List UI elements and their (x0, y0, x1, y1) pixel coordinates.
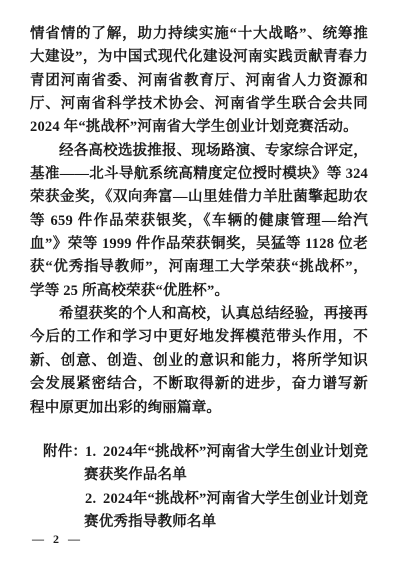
attachment-item-text: 赛优秀指导教师名单 (84, 514, 216, 530)
body-line-p1-l3: 青团河南省委、河南省教育厅、河南省人力资源和社会保障 (30, 70, 368, 93)
attachment-item-1-line-2: 赛获奖作品名单 (43, 464, 373, 487)
body-line-p1-l5: 2024 年“挑战杯”河南省大学生创业计划竞赛活动。 (30, 116, 368, 139)
attachment-list: 附件：1.2024年“挑战杯”河南省大学生创业计划竞赛获奖作品名单2.2024年… (43, 441, 373, 534)
body-line-p3-l5: 程中原更加出彩的绚丽篇章。 (30, 397, 368, 420)
body-line-p3-l3: 新、创意、创造、创业的意识和能力，将所学知识与经济社 (30, 350, 368, 373)
body-line-p2-l1: 经各高校选拔推报、现场路演、专家综合评定，《时空 (30, 140, 368, 163)
body-line-p2-l6: 获“优秀指导教师”，河南理工大学荣获“挑战杯”，郑州大 (30, 256, 368, 279)
attachment-item-number: 1. (85, 441, 100, 464)
page-number: — 2 — (32, 532, 83, 546)
body-line-p1-l1: 情省情的了解，助力持续实施“十大战略”、统筹推进“十 (30, 23, 368, 46)
attachment-item-2-line-1: 2.2024年“挑战杯”河南省大学生创业计划竞 (43, 488, 373, 511)
body-line-p3-l1: 希望获奖的个人和高校，认真总结经验，再接再厉，在 (30, 303, 368, 326)
body-line-p1-l4: 厅、河南省科学技术协会、河南省学生联合会共同举办了 (30, 93, 368, 116)
body-line-p2-l5: 血”》荣等 1999 件作品荣获铜奖，吴猛等 1128 位老师荣 (30, 233, 368, 256)
page-footer: — 2 — (32, 532, 83, 547)
attachment-item-text: 赛获奖作品名单 (84, 467, 187, 483)
attachment-label: 附件： (43, 441, 85, 464)
attachment-item-text: 2024年“挑战杯”河南省大学生创业计划竞 (103, 444, 368, 460)
document-body: 情省情的了解，助力持续实施“十大战略”、统筹推进“十大建设”，为中国式现代化建设… (30, 23, 368, 420)
document-page: 情省情的了解，助力持续实施“十大战略”、统筹推进“十大建设”，为中国式现代化建设… (0, 0, 396, 563)
attachment-item-number: 2. (85, 488, 100, 511)
attachment-item-text: 2024年“挑战杯”河南省大学生创业计划竞 (103, 491, 368, 507)
body-line-p2-l3: 荣获金奖，《双向奔富—山里娃借力羊肚菌擎起助农新天地》 (30, 186, 368, 209)
attachment-item-2-line-2: 赛优秀指导教师名单 (43, 511, 373, 534)
body-line-p3-l4: 会发展紧密结合，不断取得新的进步，奋力谱写新时代新征 (30, 373, 368, 396)
body-line-p2-l2: 基准——北斗导航系统高精度定位授时模块》等 324 件作品 (30, 163, 368, 186)
attachment-item-1-line-1: 附件：1.2024年“挑战杯”河南省大学生创业计划竞 (43, 441, 373, 464)
body-line-p2-l7: 学等 25 所高校荣获“优胜杯”。 (30, 280, 368, 303)
body-line-p2-l4: 等 659 件作品荣获银奖，《车辆的健康管理—给汽车“验 (30, 210, 368, 233)
body-line-p1-l2: 大建设”，为中国式现代化建设河南实践贡献青春力量，共 (30, 46, 368, 69)
body-line-p3-l2: 今后的工作和学习中更好地发挥模范带头作用，不断提高创 (30, 326, 368, 349)
